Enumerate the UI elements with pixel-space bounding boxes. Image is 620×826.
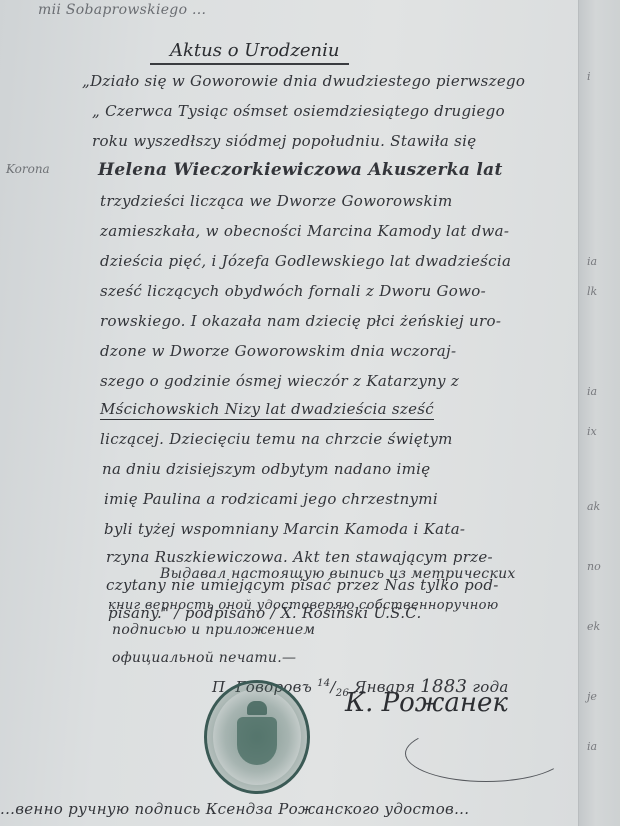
- body-line: sześć liczących obydwóch fornali z Dworu…: [100, 282, 486, 300]
- document-title: Aktus o Urodzeniu: [150, 40, 349, 65]
- crown-icon: [247, 701, 267, 715]
- edge-fragment: ek: [587, 620, 600, 633]
- header-fragment: mii Sobaprowskiego ...: [38, 2, 206, 18]
- official-seal: [204, 680, 310, 794]
- cert-line: официальной печати.—: [112, 650, 296, 666]
- body-line: imię Paulina a rodzicami jego chrzestnym…: [104, 490, 438, 508]
- body-line: trzydzieści licząca we Dworze Goworowski…: [100, 192, 453, 210]
- edge-fragment: no: [587, 560, 601, 573]
- edge-fragment: ia: [587, 740, 597, 753]
- edge-fragment: ia: [587, 255, 597, 268]
- edge-fragment: ix: [587, 425, 597, 438]
- document-page: mii Sobaprowskiego ... Aktus o Urodzeniu…: [0, 0, 578, 826]
- edge-fragment: lk: [587, 285, 597, 298]
- body-line: „Działo się w Goworowie dnia dwudziesteg…: [82, 72, 525, 90]
- body-line: Helena Wieczorkiewiczowa Akuszerka lat: [98, 160, 503, 180]
- body-line: rzyna Ruszkiewiczowa. Akt ten stawającym…: [106, 548, 493, 566]
- body-line: zamieszkała, w obecności Marcina Kamody …: [100, 222, 509, 240]
- body-line: byli tyżej wspomniany Marcin Kamoda i Ka…: [104, 520, 465, 538]
- signature: К. Рожанек: [345, 688, 508, 718]
- body-line: roku wyszedłszy siódmej popołudniu. Staw…: [92, 132, 476, 150]
- body-line: rowskiego. I okazała nam dziecię płci że…: [100, 312, 501, 330]
- body-line: szego o godzinie ósmej wieczór z Katarzy…: [100, 372, 459, 390]
- cert-line: книг верность оной удостоверяю собственн…: [108, 598, 498, 613]
- body-line: „ Czerwca Tysiąc ośmset osiemdziesiątego…: [92, 102, 505, 120]
- body-line: dzieścia pięć, i Józefa Godlewskiego lat…: [100, 252, 511, 270]
- body-line: na dniu dzisiejszym odbytym nadano imię: [102, 460, 430, 478]
- cert-line: подписью и приложением: [112, 622, 315, 638]
- body-line: liczącej. Dziecięciu temu na chrzcie świ…: [100, 430, 453, 448]
- margin-note: Korona: [6, 162, 50, 176]
- date-day-julian: 14: [317, 678, 330, 689]
- edge-fragment: ak: [587, 500, 600, 513]
- eagle-crest-icon: [237, 717, 277, 765]
- body-line: Mścichowskich Nizy lat dwadzieścia sześć: [100, 400, 434, 420]
- edge-fragment: je: [587, 690, 597, 703]
- edge-fragment: ia: [587, 385, 597, 398]
- body-line: dzone w Dworze Goworowskim dnia wczoraj-: [100, 342, 456, 360]
- edge-fragment: i: [587, 70, 591, 83]
- signature-flourish: [405, 725, 567, 782]
- cert-line: Выдавал настоящую выпись из метрических: [160, 566, 516, 582]
- footer-line: ...венно ручную подпись Ксендза Рожанско…: [0, 800, 469, 818]
- adjacent-page-edge: i ia lk ia ix ak no ek je ia: [578, 0, 620, 826]
